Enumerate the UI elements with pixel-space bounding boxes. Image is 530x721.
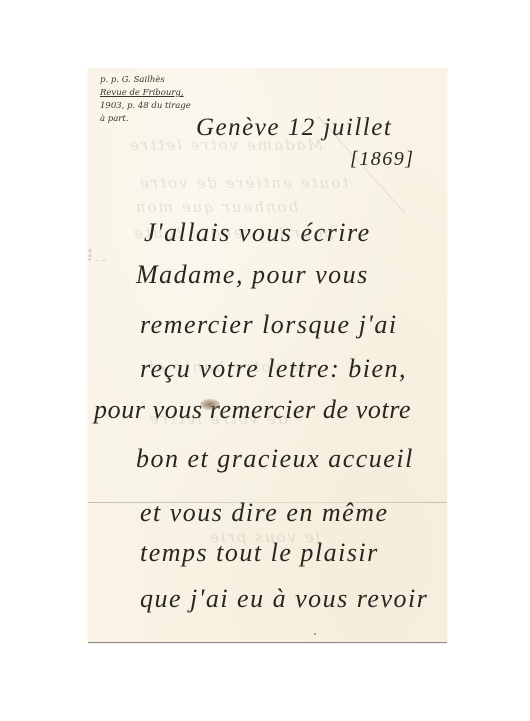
body-line: pour vous remercier de votre bbox=[94, 395, 411, 425]
ink-stain bbox=[200, 399, 220, 410]
letter-year: [1869] bbox=[350, 148, 415, 171]
letter-place-date: Genève 12 juillet bbox=[196, 114, 392, 142]
body-line: bon et gracieux accueil bbox=[136, 444, 414, 474]
note-line: 1903, p. 48 du tirage bbox=[100, 100, 210, 113]
body-line: Madame, pour vous bbox=[136, 260, 369, 290]
margin-marks: ≡≡+ ‒ ‒ bbox=[88, 248, 110, 270]
note-line: p. p. G. Sailhès bbox=[100, 74, 210, 87]
show-through-line: toute entière de votre bbox=[138, 174, 348, 192]
body-line: J'allais vous écrire bbox=[144, 218, 371, 248]
body-line: que j'ai eu à vous revoir bbox=[140, 584, 428, 614]
note-line: à part. bbox=[100, 113, 210, 126]
archival-note: p. p. G. Sailhès Revue de Fribourg, 1903… bbox=[100, 74, 210, 126]
body-line: reçu votre lettre: bien, bbox=[140, 354, 407, 384]
ink-speck bbox=[314, 633, 316, 635]
show-through-line: bonheur que mon bbox=[134, 198, 298, 216]
body-line: temps tout le plaisir bbox=[140, 538, 379, 568]
note-line: Revue de Fribourg, bbox=[100, 87, 210, 100]
body-line: et vous dire en même bbox=[140, 498, 389, 528]
body-line: remercier lorsque j'ai bbox=[140, 310, 398, 340]
letter-sheet: Madame votre lettre toute entière de vot… bbox=[88, 68, 447, 643]
